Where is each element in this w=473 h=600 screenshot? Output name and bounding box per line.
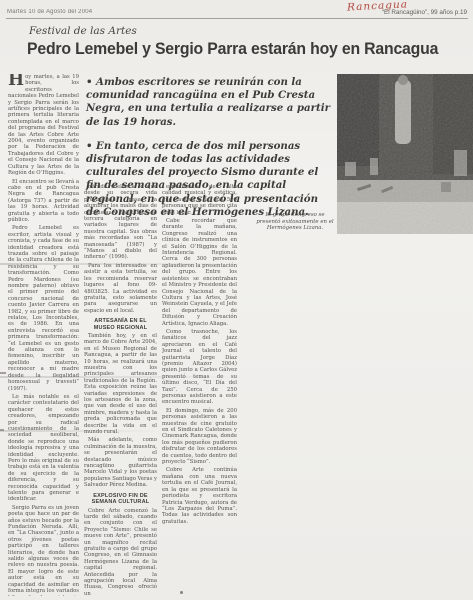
masthead-source-line: “El Rancagüino”, 99 años p.19 xyxy=(382,9,467,16)
body-paragraph: El encuentro se llevará a cabo en el pub… xyxy=(8,179,79,224)
body-paragraph: Cobre Arte continúa mañana con una nueva… xyxy=(162,467,237,525)
body-paragraph: Para los interesados en asistir a esta t… xyxy=(84,263,157,314)
scan-edge-mark xyxy=(0,372,6,374)
body-paragraph: El domingo, más de 200 personas asistier… xyxy=(162,408,237,466)
body-paragraph: Pedro Lemebel es escritor, artista visua… xyxy=(8,225,79,392)
article-column-2: mirada vuelve a lo que desde su oscura v… xyxy=(84,184,157,598)
body-paragraph: Sergio Parra es un joven poeta que hace … xyxy=(8,505,79,596)
body-paragraph: mirada vuelve a lo que desde su oscura v… xyxy=(84,184,157,261)
body-paragraph: Hoy martes, a las 19 horas, los escritor… xyxy=(8,74,79,177)
body-paragraph: También hoy, y en el marco de Cobre Arte… xyxy=(84,333,157,436)
stage-photo-image xyxy=(337,74,473,234)
column-subhead: ARTESANÍA EN EL MUSEO REGIONAL xyxy=(84,318,157,331)
stage-photo xyxy=(337,74,473,234)
header-rule xyxy=(6,18,468,19)
lead-bullet: • Ambos escritores se reunirán con la co… xyxy=(86,76,333,129)
body-paragraph: Más adelante, como culminación de la mue… xyxy=(84,437,157,488)
body-paragraph: espectáculo de alta calidad musical y es… xyxy=(162,184,237,216)
body-paragraph: Cobre Arte comenzó la tarde del sábado, … xyxy=(84,508,157,598)
drop-cap: H xyxy=(8,74,25,87)
section-kicker: Festival de las Artes xyxy=(29,25,137,37)
photo-caption: El grupo Congreso se presentó exitosamen… xyxy=(256,212,334,232)
newspaper-clipping: Martes 10 de Agosto del 2004 Rancagua “E… xyxy=(0,0,473,600)
article-column-3: espectáculo de alta calidad musical y es… xyxy=(162,184,237,576)
article-column-1: Hoy martes, a las 19 horas, los escritor… xyxy=(8,74,79,596)
scan-edge-mark xyxy=(0,429,4,431)
pen-mark xyxy=(180,591,183,594)
dateline: Martes 10 de Agosto del 2004 xyxy=(7,9,92,15)
column-subhead: EXPLOSIVO FIN DE SEMANA CULTURAL xyxy=(84,493,157,506)
body-paragraph: Como trasnoche, los fanáticos del jazz a… xyxy=(162,329,237,406)
body-paragraph: Cabe recordar que durante la mañana, Con… xyxy=(162,218,237,327)
headline: Pedro Lemebel y Sergio Parra estarán hoy… xyxy=(27,39,438,59)
body-paragraph: Lo más notable es el carácter contestata… xyxy=(8,394,79,503)
